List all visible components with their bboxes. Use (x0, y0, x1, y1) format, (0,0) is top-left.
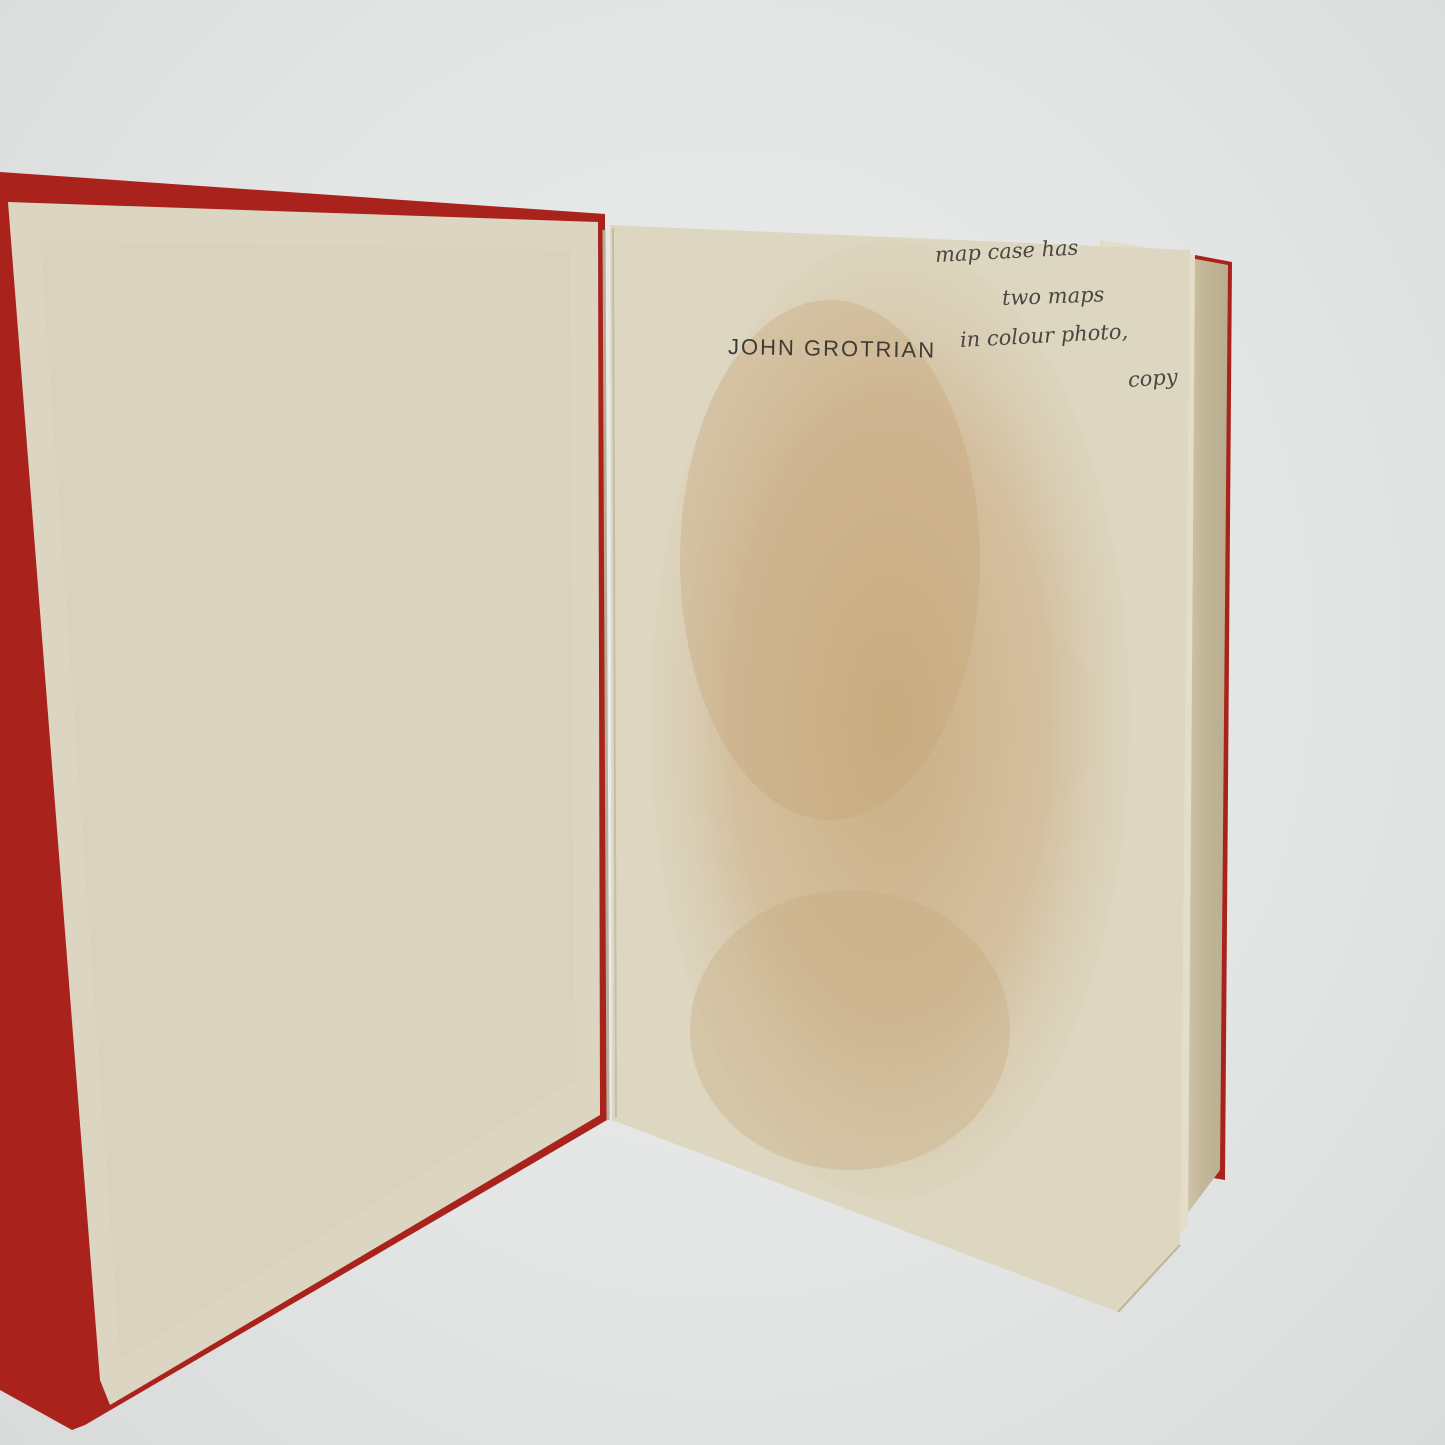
book-photo: JOHN GROTRIAN map case has two maps in c… (0, 0, 1445, 1445)
pencil-note-line-4: copy (1127, 367, 1178, 391)
open-book (0, 0, 1445, 1445)
owner-signature: JOHN GROTRIAN (728, 334, 937, 364)
pencil-note-line-2: two maps (1002, 284, 1105, 309)
